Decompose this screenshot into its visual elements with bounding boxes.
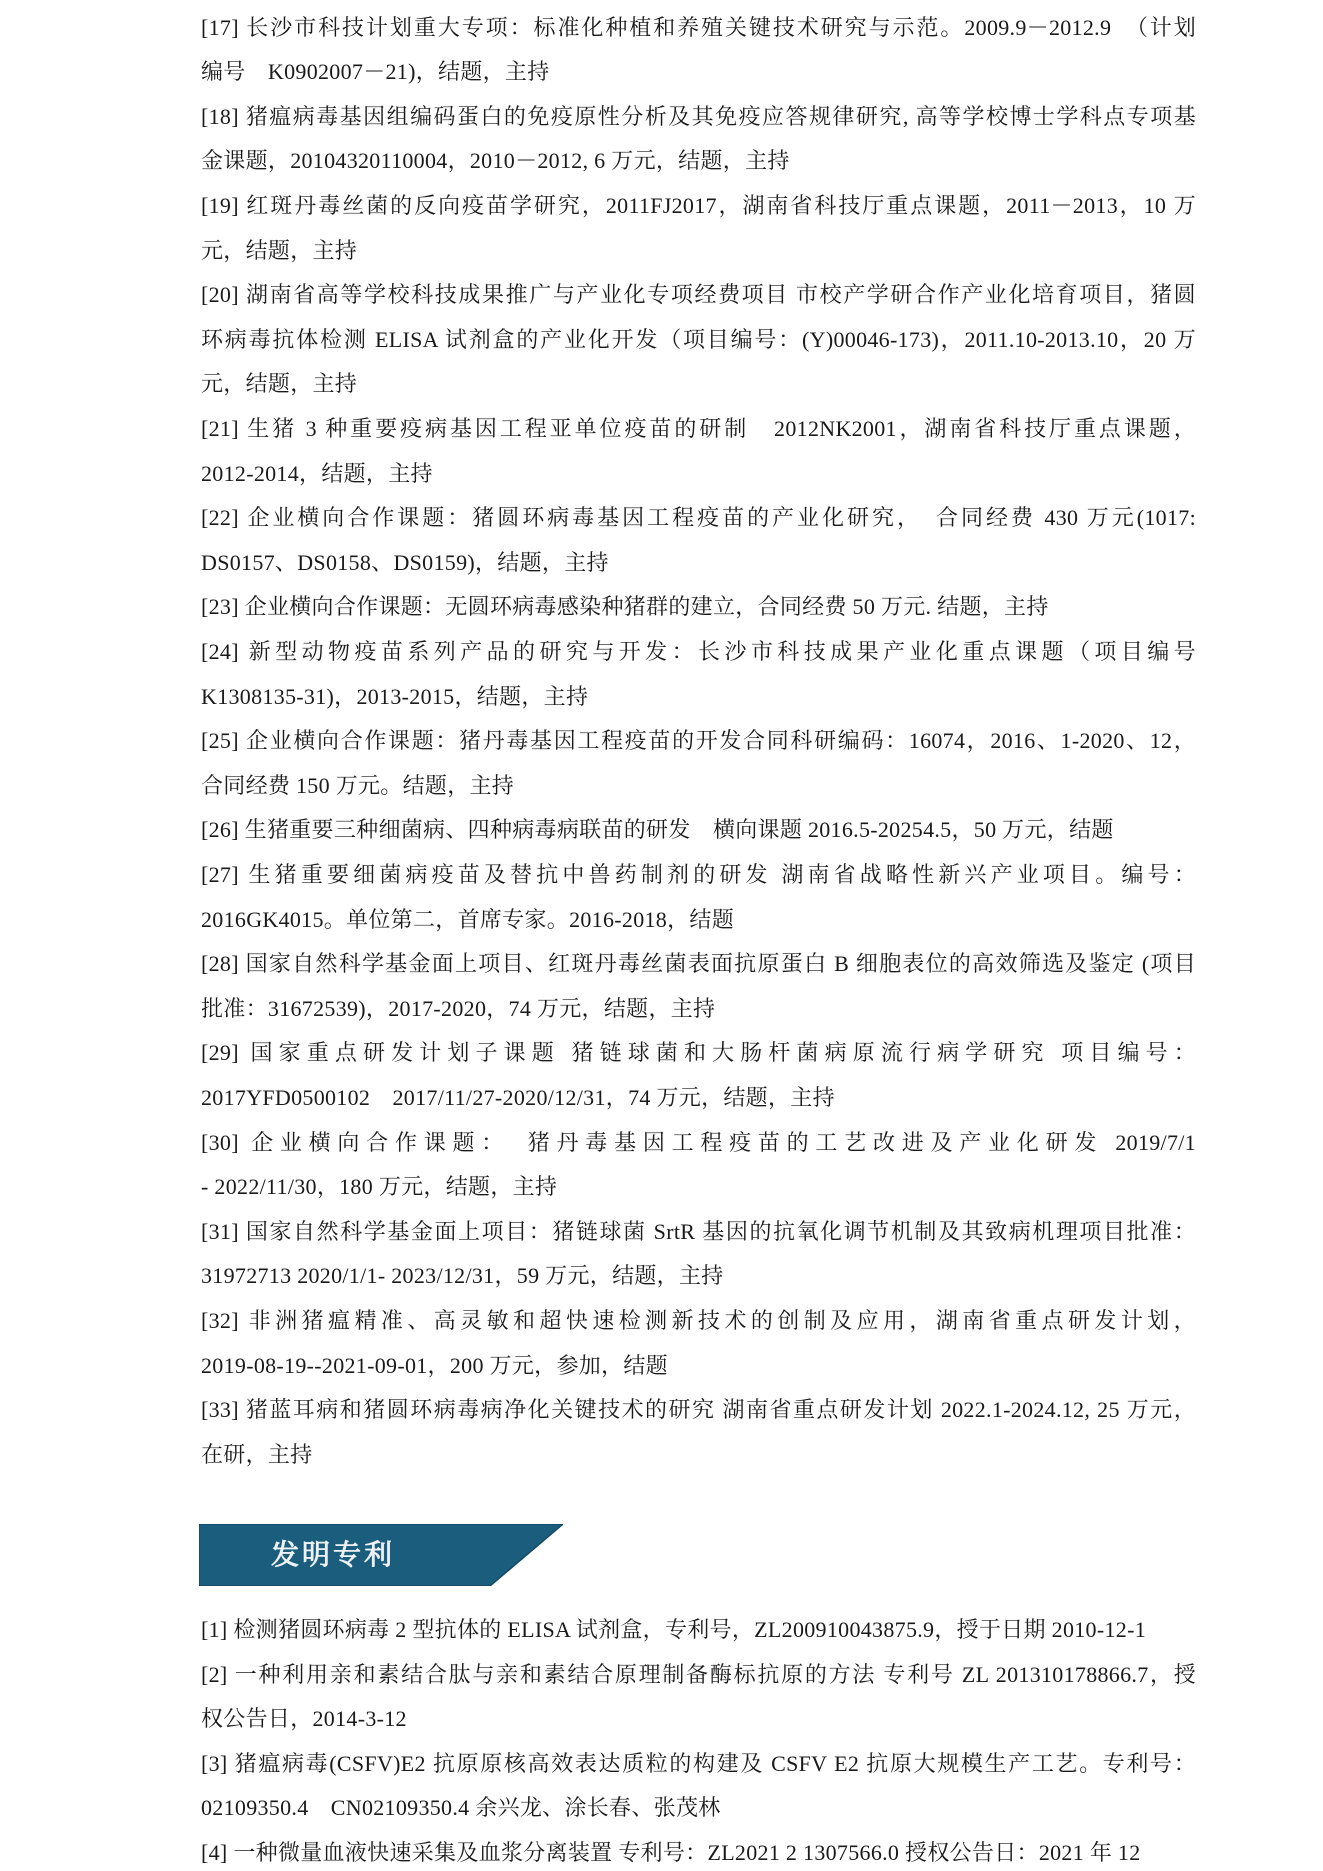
list-item-line: [33] 猪蓝耳病和猪圆环病毒病净化关键技术的研究 湖南省重点研发计划 2022… [201, 1388, 1196, 1433]
patent-item: [3] 猪瘟病毒(CSFV)E2 抗原原核高效表达质粒的构建及 CSFV E2 … [201, 1742, 1196, 1831]
list-item-line: [23] 企业横向合作课题：无圆环病毒感染种猪群的建立，合同经费 50 万元. … [201, 585, 1196, 630]
list-item-line: [18] 猪瘟病毒基因组编码蛋白的免疫原性分析及其免疫应答规律研究, 高等学校博… [201, 95, 1196, 140]
list-item-line: 合同经费 150 万元。结题，主持 [201, 764, 1196, 809]
project-item: [25] 企业横向合作课题：猪丹毒基因工程疫苗的开发合同科研编码：16074，2… [201, 719, 1196, 808]
list-item-line: [25] 企业横向合作课题：猪丹毒基因工程疫苗的开发合同科研编码：16074，2… [201, 719, 1196, 764]
project-list: [17] 长沙市科技计划重大专项：标准化种植和养殖关键技术研究与示范。2009.… [201, 6, 1196, 1478]
project-item: [24] 新型动物疫苗系列产品的研究与开发：长沙市科技成果产业化重点课题（项目编… [201, 630, 1196, 719]
list-item-line: 2019-08-19--2021-09-01，200 万元，参加，结题 [201, 1344, 1196, 1389]
list-item-line: [29] 国家重点研发计划子课题 猪链球菌和大肠杆菌病原流行病学研究 项目编号： [201, 1031, 1196, 1076]
list-item-line: 2012-2014，结题，主持 [201, 452, 1196, 497]
list-item-line: [32] 非洲猪瘟精准、高灵敏和超快速检测新技术的创制及应用，湖南省重点研发计划… [201, 1299, 1196, 1344]
list-item-line: K1308135-31)，2013-2015，结题，主持 [201, 675, 1196, 720]
project-item: [32] 非洲猪瘟精准、高灵敏和超快速检测新技术的创制及应用，湖南省重点研发计划… [201, 1299, 1196, 1388]
list-item-line: 批准：31672539)，2017-2020，74 万元，结题，主持 [201, 987, 1196, 1032]
project-item: [27] 生猪重要细菌病疫苗及替抗中兽药制剂的研发 湖南省战略性新兴产业项目。编… [201, 853, 1196, 942]
list-item-line: [3] 猪瘟病毒(CSFV)E2 抗原原核高效表达质粒的构建及 CSFV E2 … [201, 1742, 1196, 1787]
list-item-line: [17] 长沙市科技计划重大专项：标准化种植和养殖关键技术研究与示范。2009.… [201, 6, 1196, 51]
list-item-line: 元，结题，主持 [201, 229, 1196, 274]
list-item-line: 在研，主持 [201, 1433, 1196, 1478]
project-item: [19] 红斑丹毒丝菌的反向疫苗学研究，2011FJ2017，湖南省科技厅重点课… [201, 184, 1196, 273]
list-item-line: [2] 一种利用亲和素结合肽与亲和素结合原理制备酶标抗原的方法 专利号 ZL 2… [201, 1653, 1196, 1698]
list-item-line: 02109350.4 CN02109350.4 余兴龙、涂长春、张茂林 [201, 1786, 1196, 1831]
patent-list: [1] 检测猪圆环病毒 2 型抗体的 ELISA 试剂盒，专利号，ZL20091… [201, 1608, 1196, 1871]
list-item-line: [21] 生猪 3 种重要疫病基因工程亚单位疫苗的研制 2012NK2001，湖… [201, 407, 1196, 452]
list-item-line: [27] 生猪重要细菌病疫苗及替抗中兽药制剂的研发 湖南省战略性新兴产业项目。编… [201, 853, 1196, 898]
list-item-line: DS0157、DS0158、DS0159)，结题，主持 [201, 541, 1196, 586]
list-item-line: [31] 国家自然科学基金面上项目：猪链球菌 SrtR 基因的抗氧化调节机制及其… [201, 1210, 1196, 1255]
patent-item: [1] 检测猪圆环病毒 2 型抗体的 ELISA 试剂盒，专利号，ZL20091… [201, 1608, 1196, 1653]
list-item-line: [22] 企业横向合作课题：猪圆环病毒基因工程疫苗的产业化研究， 合同经费 43… [201, 496, 1196, 541]
list-item-line: [28] 国家自然科学基金面上项目、红斑丹毒丝菌表面抗原蛋白 B 细胞表位的高效… [201, 942, 1196, 987]
list-item-line: 2016GK4015。单位第二，首席专家。2016-2018，结题 [201, 898, 1196, 943]
project-item: [28] 国家自然科学基金面上项目、红斑丹毒丝菌表面抗原蛋白 B 细胞表位的高效… [201, 942, 1196, 1031]
list-item-line: 权公告日，2014-3-12 [201, 1697, 1196, 1742]
project-item: [31] 国家自然科学基金面上项目：猪链球菌 SrtR 基因的抗氧化调节机制及其… [201, 1210, 1196, 1299]
project-item: [22] 企业横向合作课题：猪圆环病毒基因工程疫苗的产业化研究， 合同经费 43… [201, 496, 1196, 585]
list-item-line: [20] 湖南省高等学校科技成果推广与产业化专项经费项目 市校产学研合作产业化培… [201, 273, 1196, 318]
list-item-line: [30] 企业横向合作课题： 猪丹毒基因工程疫苗的工艺改进及产业化研发 2019… [201, 1121, 1196, 1166]
project-item: [26] 生猪重要三种细菌病、四种病毒病联苗的研发 横向课题 2016.5-20… [201, 808, 1196, 853]
project-item: [23] 企业横向合作课题：无圆环病毒感染种猪群的建立，合同经费 50 万元. … [201, 585, 1196, 630]
list-item-line: 环病毒抗体检测 ELISA 试剂盒的产业化开发（项目编号：(Y)00046-17… [201, 318, 1196, 363]
list-item-line: [26] 生猪重要三种细菌病、四种病毒病联苗的研发 横向课题 2016.5-20… [201, 808, 1196, 853]
patent-item: [4] 一种微量血液快速采集及血浆分离装置 专利号：ZL2021 2 13075… [201, 1831, 1196, 1871]
list-item-line: 编号 K0902007－21)，结题，主持 [201, 50, 1196, 95]
list-item-line: 2017YFD0500102 2017/11/27-2020/12/31，74 … [201, 1076, 1196, 1121]
project-item: [29] 国家重点研发计划子课题 猪链球菌和大肠杆菌病原流行病学研究 项目编号：… [201, 1031, 1196, 1120]
list-item-line: [19] 红斑丹毒丝菌的反向疫苗学研究，2011FJ2017，湖南省科技厅重点课… [201, 184, 1196, 229]
patent-item: [2] 一种利用亲和素结合肽与亲和素结合原理制备酶标抗原的方法 专利号 ZL 2… [201, 1653, 1196, 1742]
project-item: [33] 猪蓝耳病和猪圆环病毒病净化关键技术的研究 湖南省重点研发计划 2022… [201, 1388, 1196, 1477]
project-item: [17] 长沙市科技计划重大专项：标准化种植和养殖关键技术研究与示范。2009.… [201, 6, 1196, 95]
project-item: [21] 生猪 3 种重要疫病基因工程亚单位疫苗的研制 2012NK2001，湖… [201, 407, 1196, 496]
list-item-line: [24] 新型动物疫苗系列产品的研究与开发：长沙市科技成果产业化重点课题（项目编… [201, 630, 1196, 675]
project-item: [30] 企业横向合作课题： 猪丹毒基因工程疫苗的工艺改进及产业化研发 2019… [201, 1121, 1196, 1210]
list-item-line: 金课题，20104320110004，2010－2012, 6 万元，结题，主持 [201, 139, 1196, 184]
list-item-line: 元，结题，主持 [201, 362, 1196, 407]
list-item-line: [4] 一种微量血液快速采集及血浆分离装置 专利号：ZL2021 2 13075… [201, 1831, 1196, 1871]
project-item: [20] 湖南省高等学校科技成果推广与产业化专项经费项目 市校产学研合作产业化培… [201, 273, 1196, 407]
section-banner-patents: 发明专利 [199, 1524, 563, 1586]
project-item: [18] 猪瘟病毒基因组编码蛋白的免疫原性分析及其免疫应答规律研究, 高等学校博… [201, 95, 1196, 184]
list-item-line: - 2022/11/30，180 万元，结题，主持 [201, 1165, 1196, 1210]
list-item-line: 31972713 2020/1/1- 2023/12/31，59 万元，结题，主… [201, 1254, 1196, 1299]
section-title: 发明专利 [271, 1524, 395, 1586]
list-item-line: [1] 检测猪圆环病毒 2 型抗体的 ELISA 试剂盒，专利号，ZL20091… [201, 1608, 1196, 1653]
